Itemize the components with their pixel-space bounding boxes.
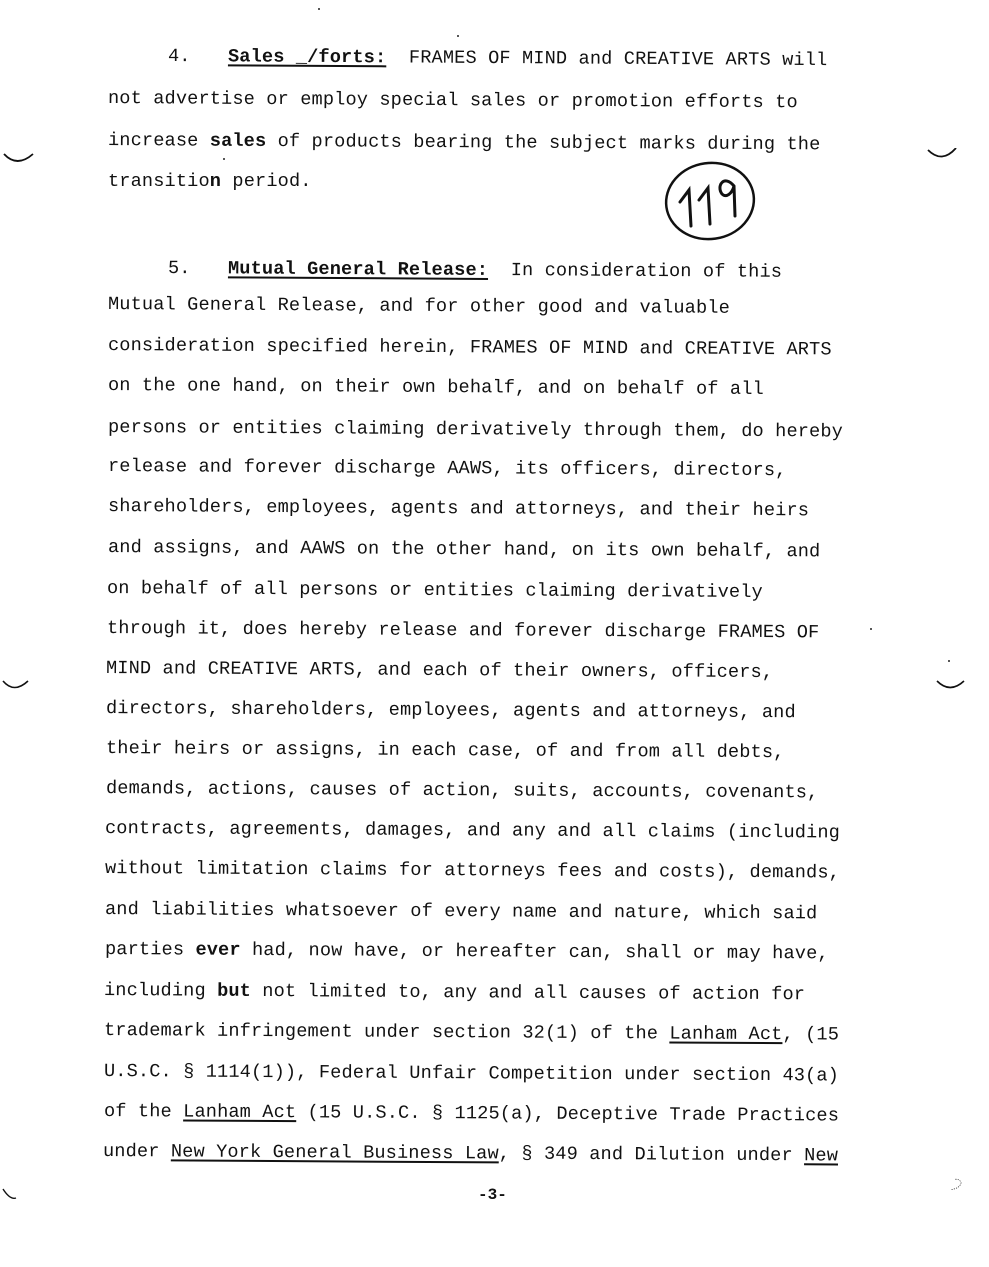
- section-4-line: increase sales of products bearing the s…: [108, 130, 821, 156]
- section-5-line: through it, does hereby release and fore…: [107, 618, 820, 644]
- document-page: 4.Sales _/forts: FRAMES OF MIND and CREA…: [0, 0, 989, 1267]
- section-text: FRAMES OF MIND and CREATIVE ARTS will: [409, 47, 828, 71]
- statute-reference: Lanham Act: [669, 1023, 782, 1045]
- section-5-first-line: 5.Mutual General Release: In considerati…: [168, 258, 782, 284]
- section-5-line: on behalf of all persons or entities cla…: [107, 578, 763, 604]
- section-5-line: U.S.C. § 1114(1)), Federal Unfair Compet…: [104, 1061, 839, 1087]
- emphasized-word: sales: [210, 131, 267, 152]
- section-5-line: contracts, agreements, damages, and any …: [105, 818, 840, 844]
- section-heading: Mutual General Release:: [228, 258, 488, 281]
- section-5-line: of the Lanham Act (15 U.S.C. § 1125(a), …: [104, 1101, 839, 1127]
- scan-speck: [457, 35, 459, 37]
- section-5-line: persons or entities claiming derivativel…: [108, 417, 843, 443]
- section-5-line: on the one hand, on their own behalf, an…: [108, 375, 764, 401]
- statute-reference: New: [804, 1145, 838, 1166]
- section-4-line: transition period.: [108, 171, 312, 193]
- section-number: 4.: [168, 46, 228, 68]
- section-5-line: directors, shareholders, employees, agen…: [106, 698, 796, 724]
- section-5-line: under New York General Business Law, § 3…: [103, 1141, 838, 1167]
- statute-reference: Lanham Act: [183, 1101, 296, 1123]
- section-5-line: Mutual General Release, and for other go…: [108, 294, 730, 320]
- scan-speck: [948, 660, 950, 662]
- section-5-line: release and forever discharge AAWS, its …: [108, 456, 787, 482]
- emphasized-word: but: [217, 981, 251, 1002]
- section-5-line: consideration specified herein, FRAMES O…: [108, 335, 832, 361]
- scan-speck: [870, 628, 872, 630]
- section-4-first-line: 4.Sales _/forts: FRAMES OF MIND and CREA…: [168, 46, 827, 72]
- scan-speck: [318, 8, 320, 10]
- binder-hole-mark-icon: [2, 1188, 36, 1202]
- binder-hole-mark-icon: [940, 1178, 974, 1192]
- section-5-line: MIND and CREATIVE ARTS, and each of thei…: [106, 658, 773, 684]
- statute-reference: New York General Business Law: [171, 1141, 499, 1164]
- section-5-line: and assigns, and AAWS on the other hand,…: [108, 537, 821, 563]
- binder-hole-mark-icon: [2, 680, 36, 694]
- handwritten-circled-number: [662, 158, 758, 242]
- section-5-line: without limitation claims for attorneys …: [105, 858, 840, 884]
- page-number: -3-: [478, 1186, 507, 1204]
- binder-hole-mark-icon: [3, 152, 37, 166]
- scan-speck: [223, 158, 225, 160]
- emphasized-word: ever: [195, 940, 240, 961]
- section-5-line: including but not limited to, any and al…: [104, 980, 805, 1006]
- section-heading: Sales _/forts:: [228, 46, 386, 68]
- section-5-line: parties ever had, now have, or hereafter…: [105, 939, 829, 965]
- binder-hole-mark-icon: [926, 148, 960, 162]
- section-5-line: trademark infringement under section 32(…: [104, 1020, 839, 1046]
- section-4-line: not advertise or employ special sales or…: [108, 88, 798, 114]
- section-5-line: their heirs or assigns, in each case, of…: [106, 738, 785, 764]
- section-5-line: demands, actions, causes of action, suit…: [106, 778, 819, 804]
- section-number: 5.: [168, 258, 228, 280]
- section-5-line: and liabilities whatsoever of every name…: [105, 899, 818, 925]
- section-5-line: shareholders, employees, agents and atto…: [108, 496, 809, 522]
- binder-hole-mark-icon: [936, 680, 970, 694]
